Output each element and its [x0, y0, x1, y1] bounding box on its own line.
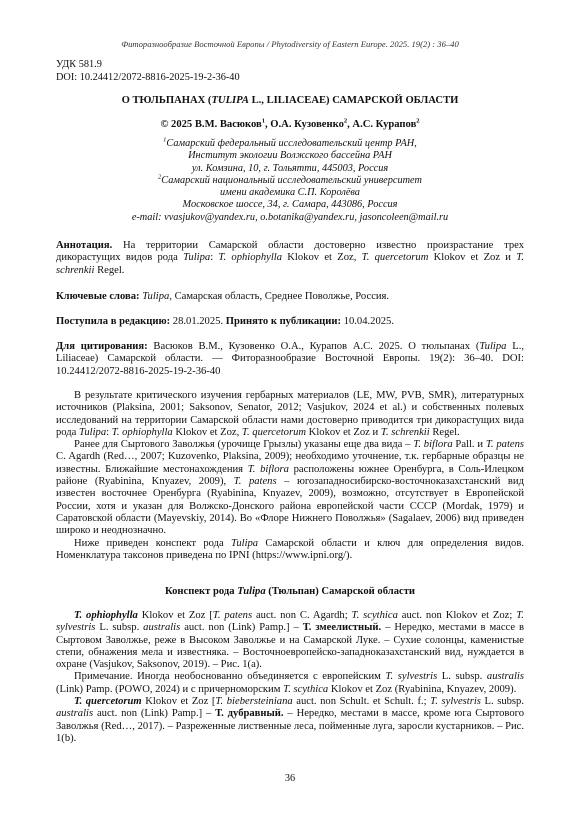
- common-name: Т. змеелистный.: [303, 622, 381, 633]
- page-number: 36: [56, 773, 524, 784]
- paragraph: В результате критического изучения герба…: [56, 390, 524, 439]
- author-list: © 2025 В.М. Васюков1, О.А. Кузовенко2, А…: [56, 119, 524, 130]
- author: В.М. Васюков: [195, 119, 262, 130]
- affiliation-line: 1Самарский федеральный исследовательский…: [56, 138, 524, 150]
- author-affil-mark: 1: [262, 117, 265, 124]
- section-heading: Конспект рода Tulipa (Тюльпан) Самарской…: [56, 586, 524, 597]
- submission-dates: Поступила в редакцию: 28.01.2025. Принят…: [56, 316, 524, 328]
- species-entry: T. quercetorum Klokov et Zoz [T. biebers…: [56, 696, 524, 745]
- species-accounts: T. ophiophylla Klokov et Zoz [T. patens …: [56, 610, 524, 745]
- author-affil-mark: 2: [416, 117, 419, 124]
- affiliation-line: ул. Комзина, 10, г. Тольятти, 445003, Ро…: [56, 163, 524, 175]
- abstract-label: Аннотация.: [56, 240, 112, 251]
- copyright: © 2025: [160, 119, 194, 130]
- affiliation-line: имени академика С.П. Королёва: [56, 187, 524, 199]
- species-name: T. quercetorum: [74, 696, 142, 707]
- affiliation-line: Московское шоссе, 34, г. Самара, 443086,…: [56, 199, 524, 211]
- keywords-label: Ключевые слова:: [56, 291, 140, 302]
- species-name: T. ophiophylla: [74, 610, 138, 621]
- title-genus: TULIPA: [211, 95, 248, 106]
- affiliations: 1Самарский федеральный исследовательский…: [56, 138, 524, 224]
- running-head: Фиторазнообразие Восточной Европы / Phyt…: [56, 39, 524, 49]
- article-meta: УДК 581.9 DOI: 10.24412/2072-8816-2025-1…: [56, 59, 240, 84]
- paragraph: Ниже приведен конспект рода Tulipa Самар…: [56, 538, 524, 563]
- body-text: В результате критического изучения герба…: [56, 390, 524, 562]
- citation-label: Для цитирования:: [56, 341, 148, 352]
- note: Примечание. Иногда необоснованно объедин…: [56, 671, 524, 696]
- email-line[interactable]: e-mail: vvasjukov@yandex.ru, o.botanika@…: [56, 212, 524, 224]
- citation: Для цитирования: Васюков В.М., Кузовенко…: [56, 341, 524, 378]
- abstract: Аннотация. На территории Самарской облас…: [56, 240, 524, 277]
- author: А.С. Курапов: [352, 119, 416, 130]
- author: О.А. Кузовенко: [270, 119, 344, 130]
- paragraph: Ранее для Сыртового Заволжья (урочище Гр…: [56, 439, 524, 537]
- affiliation-line: 2Самарский национальный исследовательски…: [56, 175, 524, 187]
- article-title: О ТЮЛЬПАНАХ (TULIPA L., LILIACEAE) САМАР…: [56, 95, 524, 106]
- affiliation-line: Институт экологии Волжского бассейна РАН: [56, 150, 524, 162]
- doi[interactable]: DOI: 10.24412/2072-8816-2025-19-2-36-40: [56, 72, 240, 85]
- common-name: Т. дубравный.: [215, 708, 283, 719]
- species-entry: T. ophiophylla Klokov et Zoz [T. patens …: [56, 610, 524, 671]
- title-suffix: L., LILIACEAE) САМАРСКОЙ ОБЛАСТИ: [249, 95, 458, 106]
- author-affil-mark: 2: [344, 117, 347, 124]
- udk-code: УДК 581.9: [56, 59, 240, 72]
- title-prefix: О ТЮЛЬПАНАХ (: [122, 95, 212, 106]
- keywords: Ключевые слова: Tulipa, Самарская област…: [56, 291, 524, 303]
